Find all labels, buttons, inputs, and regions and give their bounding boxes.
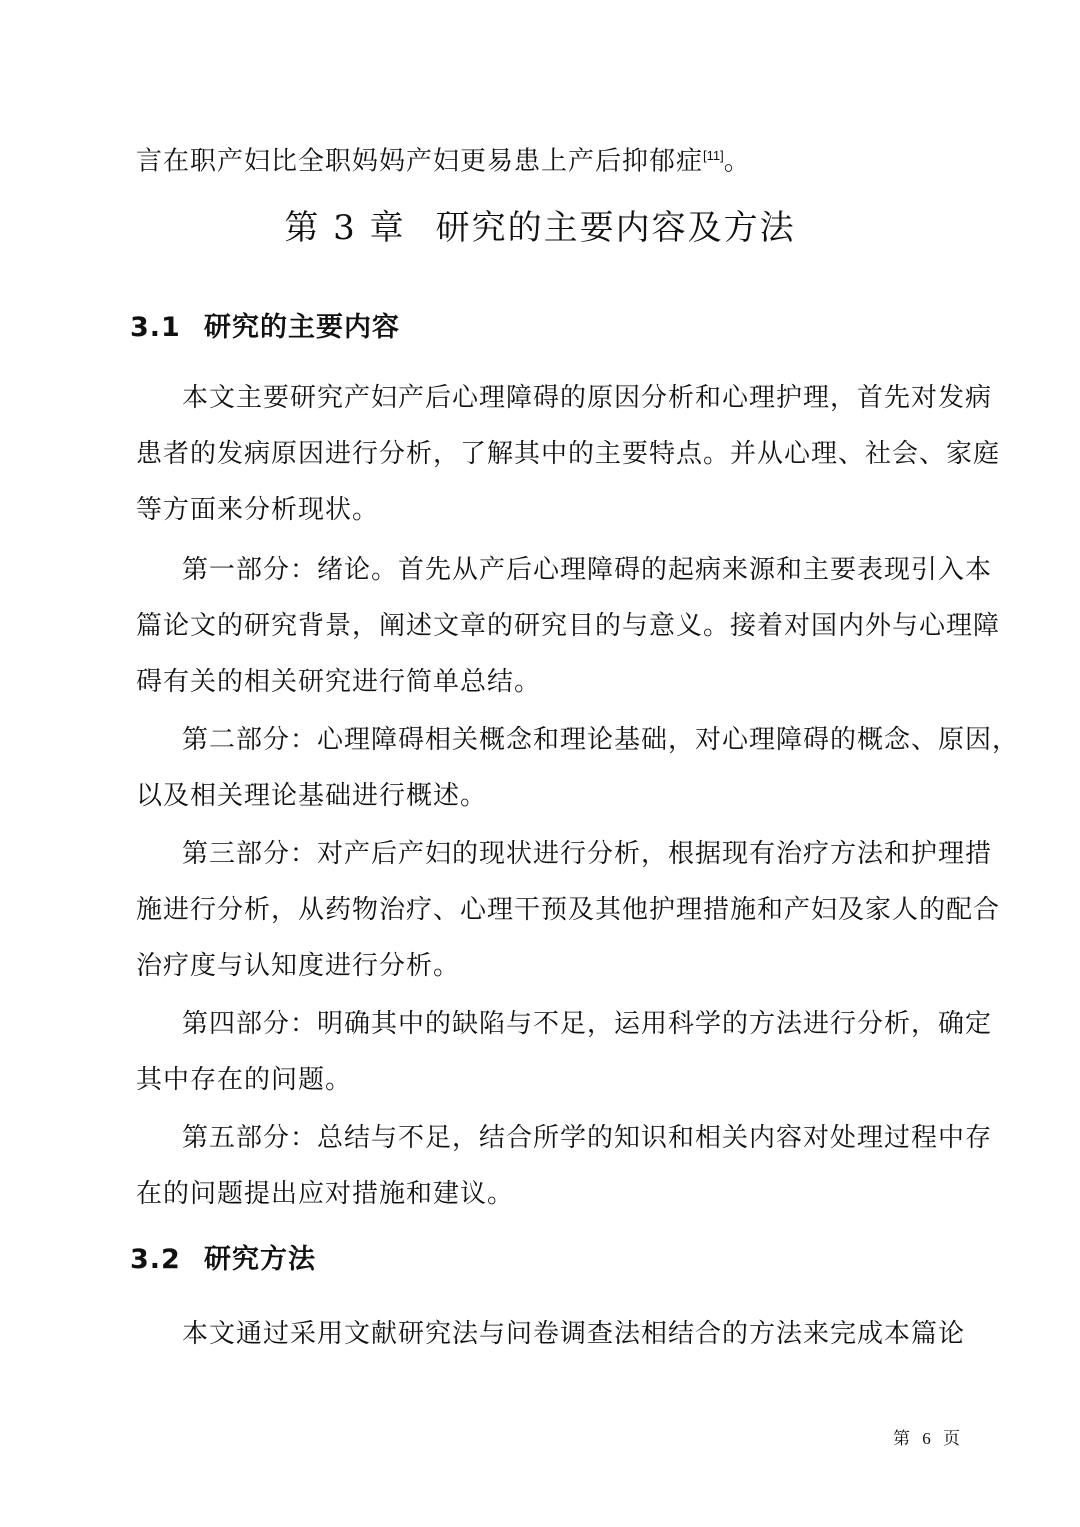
- section-heading-3-1: 3.1研究的主要内容: [130, 312, 400, 344]
- chapter-title: 研究的主要内容及方法: [436, 208, 796, 248]
- continuation-text: 言在职产妇比全职妈妈产妇更易患上产后抑郁症: [136, 147, 703, 177]
- paragraph-line: 第一部分：绪论。首先从产后心理障碍的起病来源和主要表现引入本: [182, 554, 992, 586]
- section-number: 3.1: [130, 312, 204, 344]
- paragraph-line: 其中存在的问题。: [136, 1064, 352, 1096]
- section-title: 研究方法: [204, 1244, 316, 1275]
- section-number: 3.2: [130, 1244, 204, 1276]
- page-number: 第 6 页: [893, 1424, 964, 1449]
- paragraph-line: 第五部分：总结与不足，结合所学的知识和相关内容对处理过程中存: [182, 1122, 992, 1154]
- paragraph-line: 在的问题提出应对措施和建议。: [136, 1178, 514, 1210]
- paragraph-line: 碍有关的相关研究进行简单总结。: [136, 666, 541, 698]
- paragraph-line: 等方面来分析现状。: [136, 494, 379, 526]
- paragraph-line: 以及相关理论基础进行概述。: [136, 780, 487, 812]
- section-title: 研究的主要内容: [204, 312, 400, 343]
- paragraph-line: 篇论文的研究背景，阐述文章的研究目的与意义。接着对国内外与心理障: [136, 610, 1000, 642]
- citation-ref: [11]: [703, 148, 724, 163]
- paragraph-line: 治疗度与认知度进行分析。: [136, 950, 460, 982]
- chapter-heading: 第 3 章研究的主要内容及方法: [0, 208, 1080, 248]
- paragraph-line: 本文主要研究产妇产后心理障碍的原因分析和心理护理，首先对发病: [182, 382, 992, 414]
- paragraph-line: 本文通过采用文献研究法与问卷调查法相结合的方法来完成本篇论: [182, 1318, 965, 1350]
- paragraph-line: 第三部分：对产后产妇的现状进行分析，根据现有治疗方法和护理措: [182, 838, 992, 870]
- continuation-line: 言在职产妇比全职妈妈产妇更易患上产后抑郁症[11]。: [136, 140, 751, 178]
- paragraph-line: 第四部分：明确其中的缺陷与不足，运用科学的方法进行分析，确定: [182, 1008, 992, 1040]
- chapter-number: 第 3 章: [284, 208, 405, 248]
- continuation-end: 。: [724, 147, 751, 177]
- paragraph-line: 第二部分：心理障碍相关概念和理论基础，对心理障碍的概念、原因，: [182, 724, 1019, 756]
- section-heading-3-2: 3.2研究方法: [130, 1244, 316, 1276]
- paragraph-line: 施进行分析，从药物治疗、心理干预及其他护理措施和产妇及家人的配合: [136, 894, 1000, 926]
- paragraph-line: 患者的发病原因进行分析，了解其中的主要特点。并从心理、社会、家庭: [136, 438, 1000, 470]
